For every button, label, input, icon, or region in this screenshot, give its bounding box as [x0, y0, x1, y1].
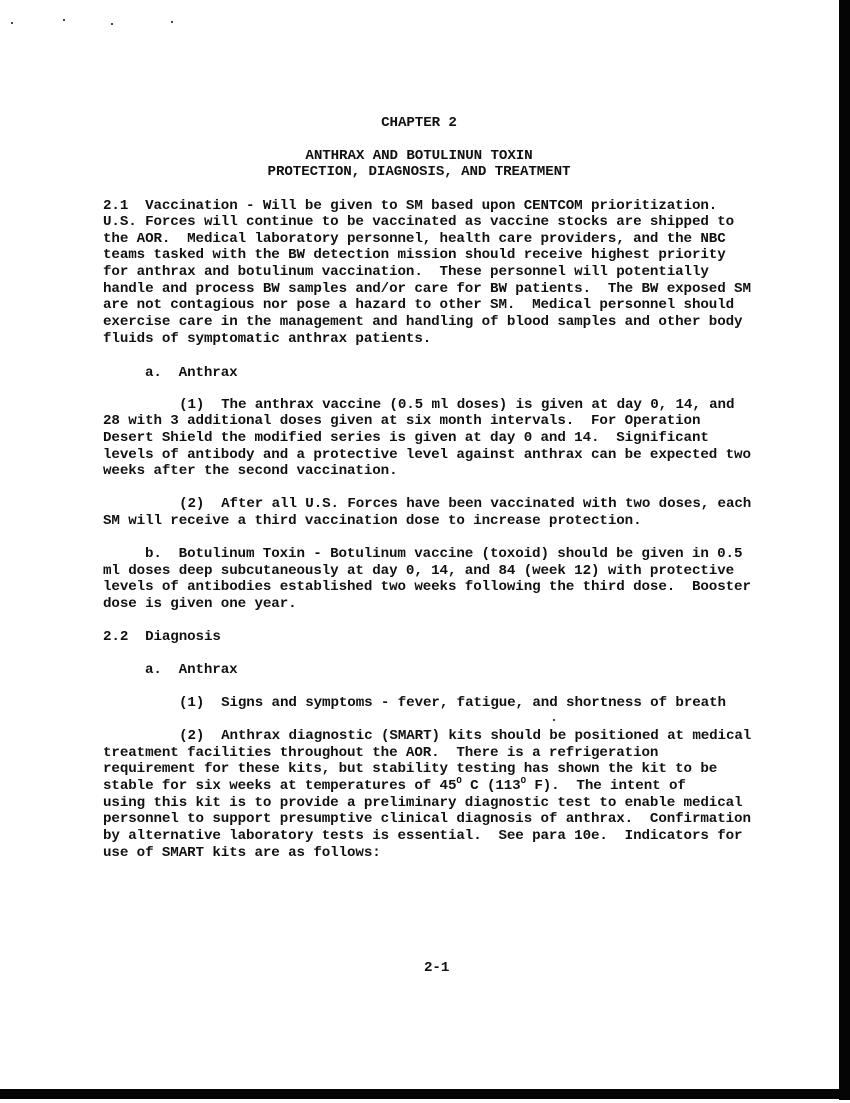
- para-b-line: dose is given one year.: [103, 596, 297, 613]
- para-diag-a2-line: requirement for these kits, but stabilit…: [103, 761, 717, 778]
- scan-speck: [63, 19, 65, 21]
- scan-speck: [111, 23, 113, 25]
- chapter-heading: CHAPTER 2: [0, 115, 838, 132]
- para-diag-a2-line: (2) Anthrax diagnostic (SMART) kits shou…: [137, 728, 751, 745]
- para-a1-line: (1) The anthrax vaccine (0.5 ml doses) i…: [137, 397, 734, 414]
- para-a2-line: SM will receive a third vaccination dose…: [103, 513, 642, 530]
- temperature-text-suffix: F). The intent of: [526, 778, 686, 794]
- scan-speck: [171, 21, 173, 23]
- para-2-1-line: 2.1 Vaccination - Will be given to SM ba…: [103, 198, 717, 215]
- para-2-1-line: handle and process BW samples and/or car…: [103, 281, 751, 298]
- para-diag-a1: (1) Signs and symptoms - fever, fatigue,…: [179, 695, 726, 712]
- heading-2-2-diagnosis: 2.2 Diagnosis: [103, 629, 221, 646]
- page-number: 2-1: [424, 960, 449, 977]
- temperature-text-mid: C (113: [462, 778, 521, 794]
- para-a1-line: Desert Shield the modified series is giv…: [103, 430, 709, 447]
- scan-speck: [11, 22, 13, 24]
- para-b-line: ml doses deep subcutaneously at day 0, 1…: [103, 563, 734, 580]
- para-diag-a2-line: use of SMART kits are as follows:: [103, 845, 381, 862]
- para-a1-line: levels of antibody and a protective leve…: [103, 447, 751, 464]
- para-2-1-line: for anthrax and botulinum vaccination. T…: [103, 264, 709, 281]
- para-b-line: levels of antibodies established two wee…: [103, 579, 751, 596]
- scan-border-bottom: [0, 1089, 850, 1099]
- scan-border-right: [839, 0, 850, 1100]
- para-diag-a2-line: personnel to support presumptive clinica…: [103, 811, 751, 828]
- scan-speck: [553, 719, 555, 721]
- para-diag-a2-line: treatment facilities throughout the AOR.…: [103, 745, 658, 762]
- para-b-line: b. Botulinum Toxin - Botulinum vaccine (…: [145, 546, 742, 563]
- chapter-title-line-2: PROTECTION, DIAGNOSIS, AND TREATMENT: [0, 164, 838, 181]
- para-diag-a2-line: by alternative laboratory tests is essen…: [103, 828, 742, 845]
- temperature-text-prefix: stable for six weeks at temperatures of …: [103, 778, 456, 794]
- para-2-1-line: teams tasked with the BW detection missi…: [103, 247, 726, 264]
- chapter-title-line-1: ANTHRAX AND BOTULINUN TOXIN: [0, 148, 838, 165]
- subheading-anthrax: a. Anthrax: [145, 365, 238, 382]
- para-2-1-line: are not contagious nor pose a hazard to …: [103, 297, 734, 314]
- document-page: CHAPTER 2 ANTHRAX AND BOTULINUN TOXIN PR…: [0, 0, 838, 1088]
- para-a1-line: 28 with 3 additional doses given at six …: [103, 413, 700, 430]
- para-2-1-line: exercise care in the management and hand…: [103, 314, 742, 331]
- para-2-1-line: U.S. Forces will continue to be vaccinat…: [103, 214, 734, 231]
- para-diag-a2-line: using this kit is to provide a prelimina…: [103, 795, 742, 812]
- para-2-1-line: the AOR. Medical laboratory personnel, h…: [103, 231, 726, 248]
- para-a2-line: (2) After all U.S. Forces have been vacc…: [137, 496, 751, 513]
- para-a1-line: weeks after the second vaccination.: [103, 463, 398, 480]
- para-diag-a2-line-temperature: stable for six weeks at temperatures of …: [103, 778, 686, 795]
- subheading-anthrax-diagnosis: a. Anthrax: [145, 662, 238, 679]
- para-2-1-line: fluids of symptomatic anthrax patients.: [103, 331, 431, 348]
